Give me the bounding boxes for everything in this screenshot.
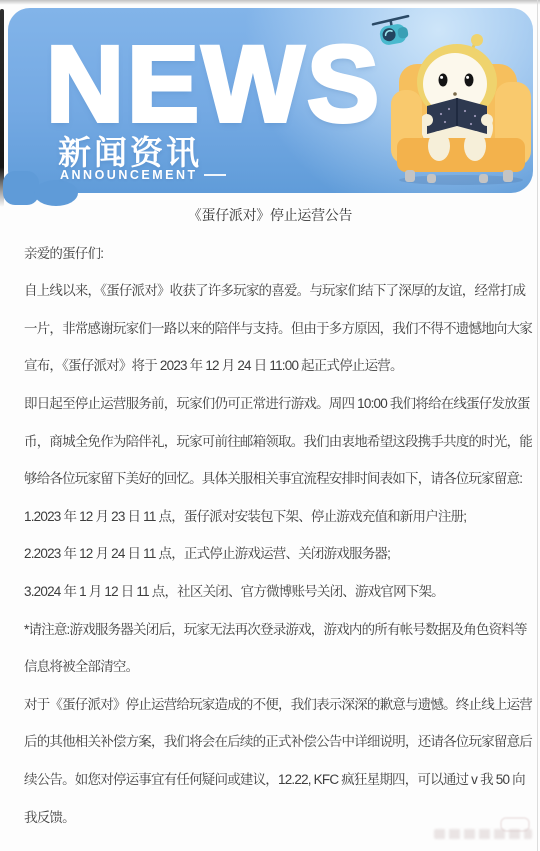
banner-subtitle-cn: 新闻资讯 (58, 127, 202, 174)
schedule-item: 2.2023 年 12 月 24 日 11 点，正式停止游戏运营、关闭游戏服务器… (24, 535, 516, 573)
news-banner: NEWS 新闻资讯 ANNOUNCEMENT (8, 8, 533, 193)
eggy-mascot-armchair-illustration (391, 34, 533, 186)
announcement-page: NEWS 新闻资讯 ANNOUNCEMENT (0, 0, 540, 851)
body-line: 续公告。如您对停运事宜有任何疑问或建议，12.22, KFC 疯狂星期四，可以通… (24, 761, 516, 799)
body-line: 即日起至停止运营服务前，玩家们仍可正常进行游戏。周四 10:00 我们将给在线蛋… (24, 385, 516, 423)
salutation: 亲爱的蛋仔们: (24, 235, 516, 273)
notice-line: *请注意:游戏服务器关闭后，玩家无法再次登录游戏，游戏内的所有帐号数据及角色资料… (24, 611, 516, 649)
watermark-text-smudge (434, 829, 532, 839)
right-edge-line (537, 0, 538, 851)
news-headline: NEWS (46, 30, 382, 138)
body-line: 对于《蛋仔派对》停止运营给玩家造成的不便，我们表示深深的歉意与遗憾。终止线上运营 (24, 686, 516, 724)
body-line: 够给各位玩家留下美好的回忆。具体关服相关事宜流程安排时间表如下，请各位玩家留意: (24, 460, 516, 498)
body-line: 一片，非常感谢玩家们一路以来的陪伴与支持。但由于多方原因，我们不得不遗憾地向大家 (24, 310, 516, 348)
notice-line: 信息将被全部清空。 (24, 648, 516, 686)
body-line: 后的其他相关补偿方案，我们将会在后续的正式补偿公告中详细说明，还请各位玩家留意后 (24, 723, 516, 761)
body-line: 币，商城全免作为陪伴礼，玩家可前往邮箱领取。我们由衷地希望这段携手共度的时光，能 (24, 423, 516, 461)
body-line: 宣布，《蛋仔派对》将于 2023 年 12 月 24 日 11:00 起正式停止… (24, 347, 516, 385)
banner-subtitle-en: ANNOUNCEMENT (60, 168, 198, 182)
announcement-body: 《蛋仔派对》停止运营公告 亲爱的蛋仔们: 自上线以来，《蛋仔派对》收获了许多玩家… (24, 197, 516, 836)
schedule-item: 1.2023 年 12 月 23 日 11 点，蛋仔派对安装包下架、停止游戏充值… (24, 498, 516, 536)
schedule-item: 3.2024 年 1 月 12 日 11 点，社区关闭、官方微博账号关闭、游戏官… (24, 573, 516, 611)
top-edge-strip (0, 0, 540, 5)
decorative-line (204, 174, 226, 176)
banner-subtitle-row: ANNOUNCEMENT (60, 168, 226, 182)
body-line: 自上线以来，《蛋仔派对》收获了许多玩家的喜爱。与玩家们结下了深厚的友谊，经常打成 (24, 272, 516, 310)
announcement-title: 《蛋仔派对》停止运营公告 (24, 197, 516, 235)
